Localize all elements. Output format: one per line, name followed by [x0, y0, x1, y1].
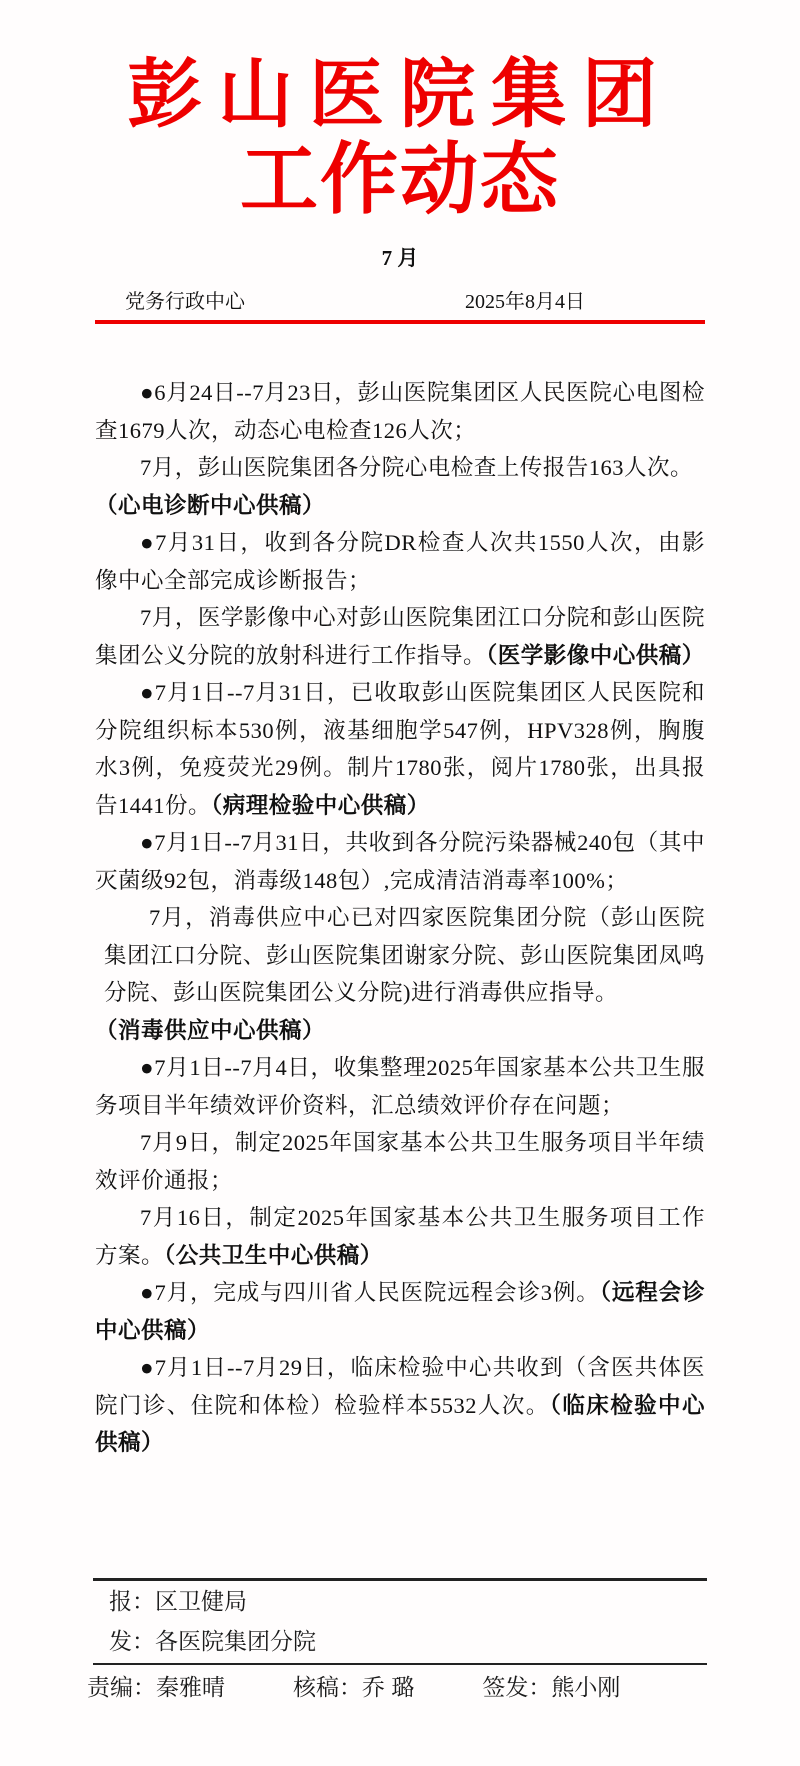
signer-label: 签发：熊小刚: [482, 1665, 620, 1709]
body-paragraph: ●7月1日--7月29日，临床检验中心共收到（含医共体医院门诊、住院和体检）检验…: [95, 1349, 705, 1462]
signature-row: 责编：秦雅晴 核稿：乔 璐 签发：熊小刚: [87, 1665, 707, 1709]
credit-segment: （病理检验中心供稿）: [211, 793, 430, 818]
body-paragraphs: ●6月24日--7月23日，彭山医院集团区人民医院心电图检查1679人次，动态心…: [95, 374, 705, 1462]
text-segment: 7月，彭山医院集团各分院心电检查上传报告163人次。: [140, 455, 693, 480]
distribute-to-line: 发：各医院集团分院: [93, 1621, 707, 1661]
text-segment: 7月9日，制定2025年国家基本公共卫生服务项目半年绩效评价通报；: [95, 1130, 705, 1193]
body-paragraph: 7月，彭山医院集团各分院心电检查上传报告163人次。: [95, 449, 705, 487]
title-line1: 彭山医院集团: [95, 54, 705, 138]
text-segment: 7月，消毒供应中心已对四家医院集团分院（彭山医院集团江口分院、彭山医院集团谢家分…: [104, 905, 705, 1005]
masthead-title: 彭山医院集团 工作动态: [95, 54, 705, 222]
text-segment: ●6月24日--7月23日，彭山医院集团区人民医院心电图检查1679人次，动态心…: [95, 380, 705, 443]
text-segment: ●7月1日--7月31日，共收到各分院污染器械240包（其中灭菌级92包，消毒级…: [95, 830, 705, 893]
issue-header-row: 党务行政中心 2025年8月4日: [95, 290, 705, 314]
red-divider: [95, 320, 705, 324]
body-paragraph: （心电诊断中心供稿）: [95, 487, 705, 525]
editor-label: 责编：秦雅晴: [87, 1665, 225, 1709]
body-paragraph: ●7月31日，收到各分院DR检查人次共1550人次，由影像中心全部完成诊断报告；: [95, 524, 705, 599]
title-line2: 工作动态: [95, 138, 705, 222]
issuer-label: 党务行政中心: [125, 290, 245, 314]
credit-segment: （公共卫生中心供稿）: [164, 1243, 383, 1268]
bulletin-page: 彭山医院集团 工作动态 7 月 党务行政中心 2025年8月4日 ●6月24日-…: [0, 0, 800, 1766]
body-paragraph: 7月16日，制定2025年国家基本公共卫生服务项目工作方案。（公共卫生中心供稿）: [95, 1199, 705, 1274]
body-paragraph: ●6月24日--7月23日，彭山医院集团区人民医院心电图检查1679人次，动态心…: [95, 374, 705, 449]
body-paragraph: ●7月1日--7月31日，已收取彭山医院集团区人民医院和分院组织标本530例，液…: [95, 674, 705, 824]
body-paragraph: ●7月1日--7月31日，共收到各分院污染器械240包（其中灭菌级92包，消毒级…: [95, 824, 705, 899]
text-segment: ●7月1日--7月4日，收集整理2025年国家基本公共卫生服务项目半年绩效评价资…: [95, 1055, 705, 1118]
body-paragraph: 7月，消毒供应中心已对四家医院集团分院（彭山医院集团江口分院、彭山医院集团谢家分…: [95, 899, 705, 1012]
credit-segment: （消毒供应中心供稿）: [95, 1018, 325, 1043]
body-paragraph: 7月9日，制定2025年国家基本公共卫生服务项目半年绩效评价通报；: [95, 1124, 705, 1199]
month-label: 7 月: [95, 246, 705, 270]
text-segment: ●7月31日，收到各分院DR检查人次共1550人次，由影像中心全部完成诊断报告；: [95, 530, 705, 593]
footer: 报：区卫健局 发：各医院集团分院 责编：秦雅晴 核稿：乔 璐 签发：熊小刚: [93, 1578, 707, 1709]
text-segment: ●7月，完成与四川省人民医院远程会诊3例。: [140, 1280, 600, 1305]
credit-segment: （心电诊断中心供稿）: [95, 493, 325, 518]
body-paragraph: ●7月1日--7月4日，收集整理2025年国家基本公共卫生服务项目半年绩效评价资…: [95, 1049, 705, 1124]
issue-date-label: 2025年8月4日: [465, 290, 585, 314]
body-paragraph: 7月，医学影像中心对彭山医院集团江口分院和彭山医院集团公义分院的放射科进行工作指…: [95, 599, 705, 674]
reviewer-label: 核稿：乔 璐: [293, 1665, 414, 1709]
body-paragraph: （消毒供应中心供稿）: [95, 1012, 705, 1050]
body-paragraph: ●7月，完成与四川省人民医院远程会诊3例。（远程会诊中心供稿）: [95, 1274, 705, 1349]
credit-segment: （医学影像中心供稿）: [486, 643, 705, 668]
report-to-line: 报：区卫健局: [93, 1581, 707, 1621]
